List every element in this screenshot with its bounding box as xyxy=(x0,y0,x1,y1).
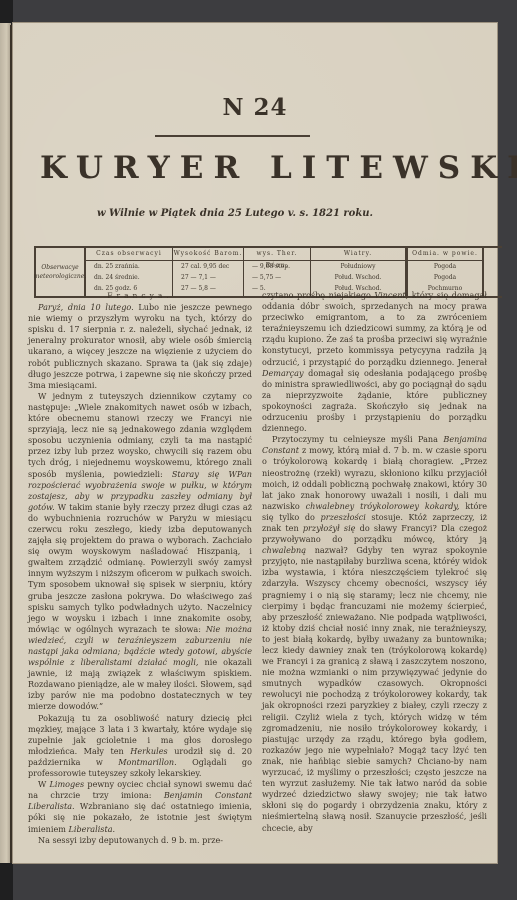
paragraph: Paryż, dnia 10 lutego. Lubo nie jeszcze … xyxy=(28,302,252,391)
place-name: Montmarillon. xyxy=(118,757,176,767)
column-header: wys. Ther. Réau. xyxy=(244,248,310,261)
paragraph-text: W jednym z tuteyszych dziennikow czytamy… xyxy=(28,391,252,479)
name-text: Herkules xyxy=(130,746,167,756)
paragraph-text: Na sessyi izby deputowanych d. 9 b. m. p… xyxy=(38,835,223,845)
column-thermometer: wys. Ther. Réau. — 9,08 stop. — 5,75 — —… xyxy=(244,248,311,296)
paragraph: czytano prośbę niejakiego Vincent, który… xyxy=(262,290,487,434)
table-cell: Połud. Wschod. xyxy=(311,272,405,283)
table-label: Obserwacye meteorologiczne. xyxy=(34,248,86,296)
place-name: Limoges xyxy=(50,779,85,789)
table-cell: Pogoda xyxy=(408,272,482,283)
paragraph: W jednym z tuteyszych dziennikow czytamy… xyxy=(28,391,252,713)
paragraph-text: nazwał? Gdyby ten wyraz spokoynie przyję… xyxy=(262,545,487,832)
issue-number: N 24 xyxy=(12,94,498,121)
dateline-lead: Paryż, dnia 10 lutego. xyxy=(38,302,134,312)
paragraph-text: W takim stanie były rzeczy przez długi c… xyxy=(28,502,252,634)
column-header: Czas obserwacyi xyxy=(86,248,172,261)
table-cell: dn. 24 średnie. xyxy=(86,272,172,283)
paragraph-text: czytano prośbę niejakiego xyxy=(262,290,374,300)
left-column: Francya. Paryż, dnia 10 lutego. Lubo nie… xyxy=(28,290,252,846)
header-rule xyxy=(155,135,310,137)
paragraph-text: Przytoczymy tu celnieysze myśli Pana xyxy=(272,434,443,444)
dateline: w Wilnie w Piątek dnia 25 Lutego v. s. 1… xyxy=(12,208,458,219)
table-cell: — 5,75 — xyxy=(244,272,310,283)
column-header: Wiatry. xyxy=(311,248,405,261)
column-header: Odmia. w powie. xyxy=(408,248,482,261)
right-column: czytano prośbę niejakiego Vincent, który… xyxy=(262,290,487,834)
name-text: Liberalista. xyxy=(68,824,115,834)
paragraph: Na sessyi izby deputowanych d. 9 b. m. p… xyxy=(28,835,252,846)
newspaper-page: N 24 KURYER LITEWSKI w Wilnie w Piątek d… xyxy=(12,22,498,864)
table-cell: Pogoda xyxy=(408,261,482,272)
quoted-text: przeszłości xyxy=(321,512,366,522)
table-cell: 27 cal. 9,95 dec xyxy=(173,261,243,272)
quoted-text: przyłożył się xyxy=(303,523,356,533)
column-weather: Odmia. w powie. Pogoda Pogoda Pochmurno xyxy=(406,248,484,296)
paragraph: Przytoczymy tu celnieysze myśli Pana Ben… xyxy=(262,434,487,833)
quoted-text: chwalebney tróykolorowey kokardy, xyxy=(306,501,460,511)
section-heading: Francya. xyxy=(28,290,252,301)
table-cell: dn. 25 zrańnia. xyxy=(86,261,172,272)
name-text: Vincent, xyxy=(374,290,408,300)
paragraph-text: Lubo nie jeszcze pewnego nie wiemy o prz… xyxy=(28,302,252,390)
table-cell: 27 — 7,1 — xyxy=(173,272,243,283)
table-cell: — 9,08 stop. xyxy=(244,261,310,272)
column-winds: Wiatry. Południowy Połud. Wschod. Połud.… xyxy=(311,248,406,296)
column-header: Wysokość Barom. xyxy=(173,248,243,261)
name-text: Demarçay xyxy=(262,368,304,378)
paragraph: W Limoges pewny oyciec chciał synowi swe… xyxy=(28,779,252,834)
paragraph-text: który się domagał oddania dóbr swoich, s… xyxy=(262,290,487,367)
table-cell: Południowy xyxy=(311,261,405,272)
paragraph-text: W xyxy=(38,779,50,789)
quoted-text: chwalebną xyxy=(262,545,306,555)
column-time: Czas obserwacyi dn. 25 zrańnia. dn. 24 ś… xyxy=(86,248,173,296)
paragraph: Pokazują tu za osobliwość natury dziecię… xyxy=(28,713,252,780)
newspaper-title: KURYER LITEWSKI xyxy=(40,150,440,186)
column-barometer: Wysokość Barom. 27 cal. 9,95 dec 27 — 7,… xyxy=(173,248,244,296)
